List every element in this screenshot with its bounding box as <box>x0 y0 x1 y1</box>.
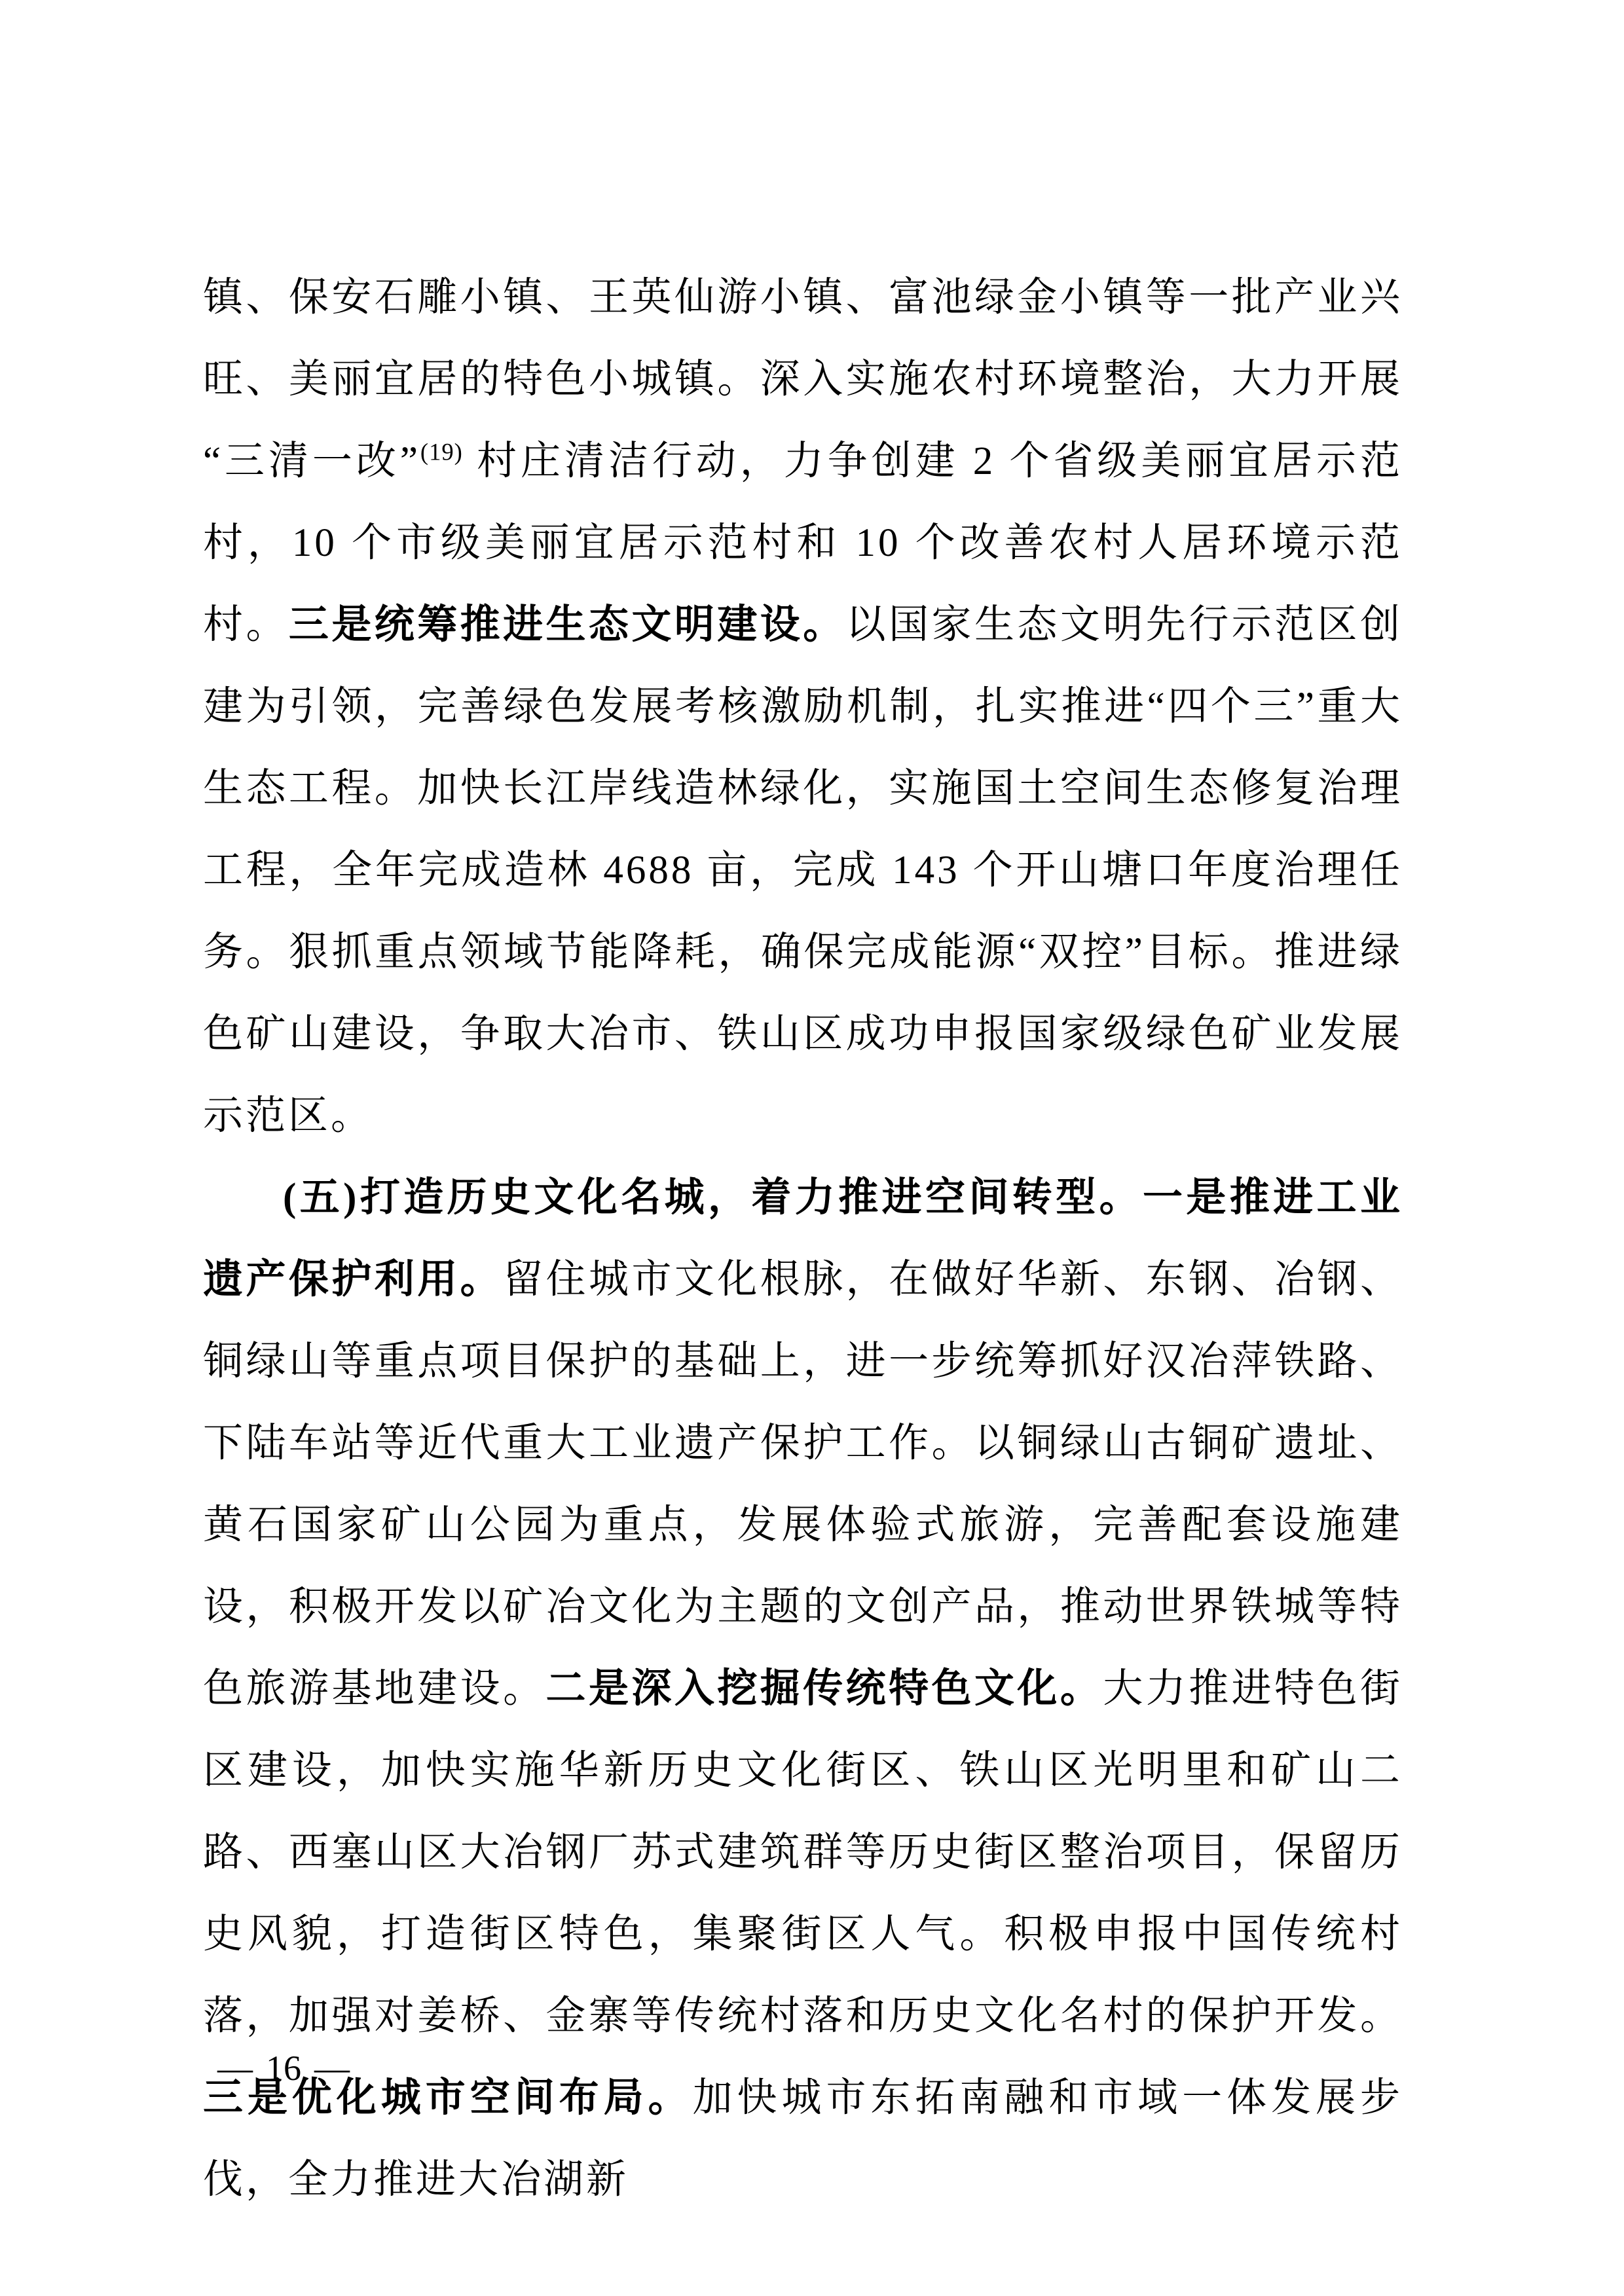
text-run: 以国家生态文明先行示范区创建为引领，完善绿色发展考核激励机制，扎实推进“四个三”… <box>203 603 1403 1138</box>
footer-dash-right: — <box>314 2044 350 2092</box>
page-number: 16 <box>266 2044 301 2092</box>
footnote-ref: (19) <box>420 439 463 465</box>
document-page: 镇、保安石雕小镇、王英仙游小镇、富池绿金小镇等一批产业兴旺、美丽宜居的特色小城镇… <box>0 0 1624 2296</box>
bold-text-run: 二是深入挖掘传统特色文化。 <box>546 1667 1103 1711</box>
bold-text-run: 三是统筹推进生态文明建设。 <box>289 603 846 647</box>
page-footer: — 16 — <box>217 2044 350 2092</box>
paragraph: (五)打造历史文化名城，着力推进空间转型。一是推进工业遗产保护利用。留住城市文化… <box>203 1157 1403 2221</box>
document-body: 镇、保安石雕小镇、王英仙游小镇、富池绿金小镇等一批产业兴旺、美丽宜居的特色小城镇… <box>203 257 1403 2221</box>
paragraph: 镇、保安石雕小镇、王英仙游小镇、富池绿金小镇等一批产业兴旺、美丽宜居的特色小城镇… <box>203 257 1403 1157</box>
text-run: 留住城市文化根脉，在做好华新、东钢、冶钢、铜绿山等重点项目保护的基础上，进一步统… <box>203 1258 1403 1711</box>
text-run: 大力推进特色街区建设，加快实施华新历史文化街区、铁山区光明里和矿山二路、西塞山区… <box>203 1667 1403 2038</box>
footer-dash-left: — <box>217 2044 253 2092</box>
